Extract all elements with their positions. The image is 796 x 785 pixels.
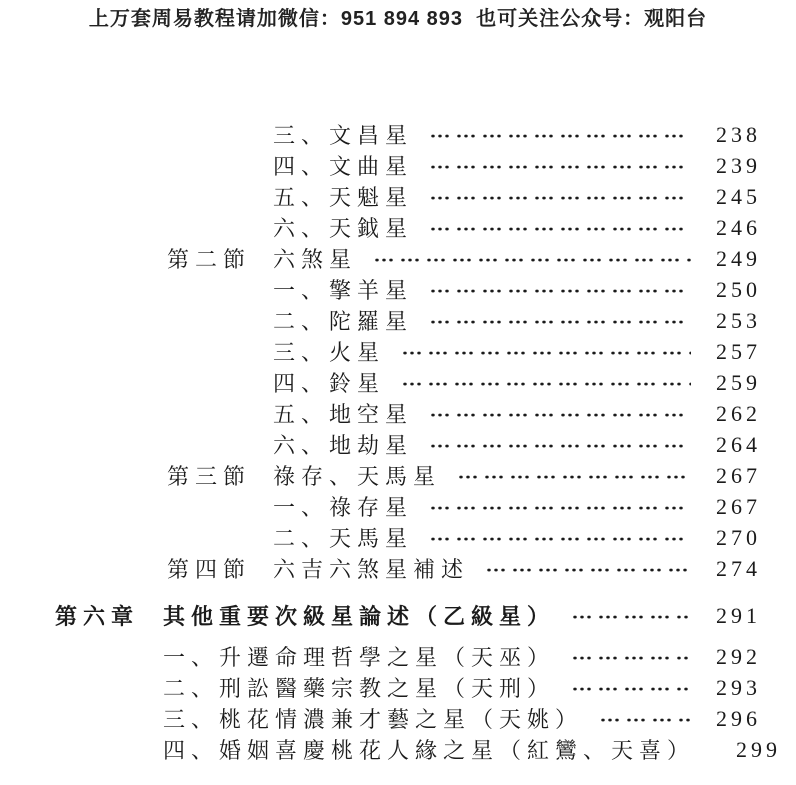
dot-leader xyxy=(429,181,691,212)
toc-entry: 五、地空星 262 xyxy=(0,398,757,429)
toc-entry-label: 一、升遷命理哲學之星（天巫） xyxy=(163,641,555,672)
toc-page-number: 253 xyxy=(701,308,761,334)
toc-entry-label: 五、地空星 xyxy=(273,398,413,429)
toc-entry-label: 四、婚姻喜慶桃花人緣之星（紅鸞、天喜） xyxy=(163,734,695,765)
table-of-contents: 三、文昌星 238 四、文曲星 239 五、天魁星 245 六、天鉞星 246 … xyxy=(0,119,796,765)
toc-entry: 四、鈴星 259 xyxy=(0,367,757,398)
dot-leader xyxy=(429,429,691,460)
toc-entry-label: 四、鈴星 xyxy=(273,367,385,398)
dot-leader xyxy=(485,553,691,584)
toc-entry-label: 一、祿存星 xyxy=(273,491,413,522)
toc-entry-label: 二、陀羅星 xyxy=(273,305,413,336)
dot-leader xyxy=(429,274,691,305)
toc-entry: 四、婚姻喜慶桃花人緣之星（紅鸞、天喜） 299 xyxy=(0,734,757,765)
toc-entry-label: 二、天馬星 xyxy=(273,522,413,553)
toc-page-number: 264 xyxy=(701,432,761,458)
toc-entry: 一、升遷命理哲學之星（天巫） 292 xyxy=(0,641,757,672)
toc-entry-label: 六、地劫星 xyxy=(273,429,413,460)
toc-page-number: 239 xyxy=(701,153,761,179)
toc-entry-label: 二、刑訟醫藥宗教之星（天刑） xyxy=(163,672,555,703)
promo-header-text: 上万套周易教程请加微信：951 894 893 也可关注公众号：观阳台 xyxy=(0,0,796,31)
toc-entry: 三、桃花情濃兼才藝之星（天姚） 296 xyxy=(0,703,757,734)
toc-section-prefix: 第三節 xyxy=(167,460,273,491)
toc-page-number: 259 xyxy=(701,370,761,396)
toc-entry: 六、天鉞星 246 xyxy=(0,212,757,243)
toc-entry-label: 其他重要次級星論述（乙級星） xyxy=(163,600,555,631)
toc-entry-label: 三、桃花情濃兼才藝之星（天姚） xyxy=(163,703,583,734)
toc-entry: 一、祿存星 267 xyxy=(0,491,757,522)
dot-leader xyxy=(429,305,691,336)
toc-section-prefix: 第二節 xyxy=(167,243,273,274)
dot-leader xyxy=(429,398,691,429)
toc-entry-label: 六、天鉞星 xyxy=(273,212,413,243)
dot-leader xyxy=(401,367,691,398)
toc-entry-label: 祿存、天馬星 xyxy=(273,460,441,491)
toc-entry: 三、文昌星 238 xyxy=(0,119,757,150)
toc-page-number: 249 xyxy=(701,246,761,272)
dot-leader xyxy=(429,150,691,181)
dot-leader xyxy=(571,672,691,703)
dot-leader xyxy=(429,491,691,522)
toc-entry-label: 三、文昌星 xyxy=(273,119,413,150)
dot-leader xyxy=(599,703,691,734)
toc-page-number: 250 xyxy=(701,277,761,303)
toc-page-number: 238 xyxy=(701,122,761,148)
toc-entry: 五、天魁星 245 xyxy=(0,181,757,212)
dot-leader xyxy=(429,522,691,553)
dot-leader xyxy=(457,460,691,491)
toc-page-number: 257 xyxy=(701,339,761,365)
dot-leader xyxy=(429,119,691,150)
dot-leader xyxy=(401,336,691,367)
toc-page-number: 267 xyxy=(701,463,761,489)
toc-page-number: 246 xyxy=(701,215,761,241)
toc-entry: 第四節 六吉六煞星補述 274 xyxy=(0,553,757,584)
book-page: { "page": { "background_color": "#ffffff… xyxy=(0,0,796,785)
dot-leader xyxy=(571,641,691,672)
toc-entry: 第二節 六煞星 249 xyxy=(0,243,757,274)
toc-entry-label: 四、文曲星 xyxy=(273,150,413,181)
toc-page-number: 293 xyxy=(701,675,761,701)
toc-section-prefix: 第六章 xyxy=(55,600,163,631)
toc-entry: 第三節 祿存、天馬星 267 xyxy=(0,460,757,491)
dot-leader xyxy=(429,212,691,243)
toc-page-number: 299 xyxy=(721,737,781,763)
toc-entry: 二、陀羅星 253 xyxy=(0,305,757,336)
toc-entry: 六、地劫星 264 xyxy=(0,429,757,460)
dot-leader xyxy=(571,600,691,631)
toc-page-number: 291 xyxy=(701,603,761,629)
toc-page-number: 267 xyxy=(701,494,761,520)
toc-page-number: 262 xyxy=(701,401,761,427)
toc-entry-label: 五、天魁星 xyxy=(273,181,413,212)
toc-entry: 三、火星 257 xyxy=(0,336,757,367)
toc-entry: 二、刑訟醫藥宗教之星（天刑） 293 xyxy=(0,672,757,703)
toc-entry-label: 六煞星 xyxy=(273,243,357,274)
toc-entry-label: 三、火星 xyxy=(273,336,385,367)
dot-leader xyxy=(373,243,691,274)
toc-page-number: 296 xyxy=(701,706,761,732)
toc-page-number: 274 xyxy=(701,556,761,582)
toc-entry: 四、文曲星 239 xyxy=(0,150,757,181)
toc-entry-label: 六吉六煞星補述 xyxy=(273,553,469,584)
toc-section-prefix: 第四節 xyxy=(167,553,273,584)
toc-page-number: 245 xyxy=(701,184,761,210)
toc-page-number: 270 xyxy=(701,525,761,551)
toc-page-number: 292 xyxy=(701,644,761,670)
toc-entry-label: 一、擎羊星 xyxy=(273,274,413,305)
toc-entry: 二、天馬星 270 xyxy=(0,522,757,553)
toc-entry: 第六章 其他重要次級星論述（乙級星） 291 xyxy=(0,600,757,631)
toc-entry: 一、擎羊星 250 xyxy=(0,274,757,305)
